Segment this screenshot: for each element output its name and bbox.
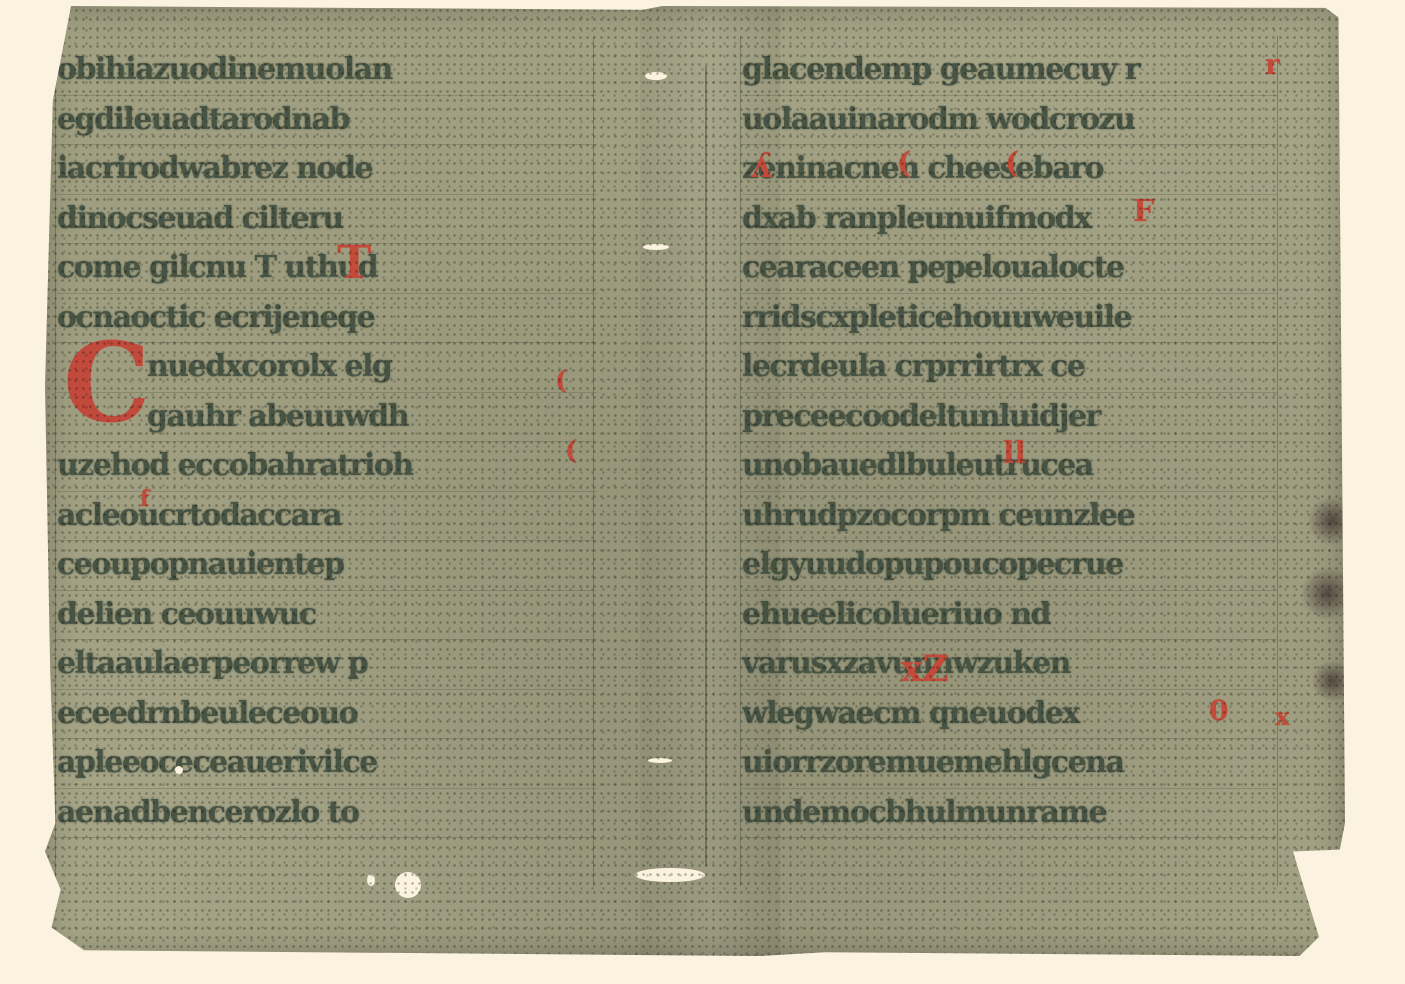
text-line: uolaauinarodm wodcrozu: [742, 96, 1277, 146]
text-line: uhrudpzocorpm ceunzlee: [742, 492, 1277, 542]
text-line: aenadbencerozlo to: [57, 789, 597, 839]
rubric-mark: (: [897, 146, 911, 181]
text-line: uiorrzoremuemehlgcena: [742, 739, 1277, 789]
text-line: delien ceouuwuc: [57, 591, 597, 641]
ruling-line: [1277, 36, 1278, 886]
rubricated-initial-t: T: [337, 239, 371, 285]
text-line: eceedrnbeuleceouo: [57, 690, 597, 740]
text-line: uzehod eccobahratrioh: [57, 442, 597, 492]
parchment-hole: [643, 244, 669, 250]
parchment-hole: [645, 72, 667, 80]
text-line: dxab ranpleunuifmodx: [742, 195, 1277, 245]
text-line: egdileuadtarodnab: [57, 96, 597, 146]
rubric-mark: r: [1265, 48, 1280, 81]
text-line: undemocbhulmunrame: [742, 789, 1277, 839]
text-line: come gilcnu T uthud: [57, 244, 597, 294]
text-line: acleoucrtodaccara: [57, 492, 597, 542]
manuscript-bifolium: obihiazuodinemuolan egdileuadtarodnab ia…: [45, 6, 1345, 956]
ink-stain: [1307, 496, 1357, 546]
text-line: apleeoceceauerivilce: [57, 739, 597, 789]
rubric-mark: (: [565, 436, 577, 466]
rubricated-initial-c: C: [63, 328, 151, 438]
rubric-mark: 0: [1209, 694, 1228, 727]
text-line: lecrdeula crprrirtrx ce: [742, 343, 1277, 393]
text-line: ceoupopnauientep: [57, 541, 597, 591]
rubric-mark: (: [1005, 146, 1019, 181]
parchment-hole: [395, 872, 421, 898]
text-line: preceecoodeltunluidjer: [742, 393, 1277, 443]
text-line: rridscxpleticehouuweuile: [742, 294, 1277, 344]
parchment-hole: [367, 874, 375, 886]
text-line: dinocseuad cilteru: [57, 195, 597, 245]
rubric-mark: F: [1133, 194, 1154, 229]
text-line: wlegwaecm qneuodex: [742, 690, 1277, 740]
text-line: ehueelicolueriuo nd: [742, 591, 1277, 641]
text-line: elgyuudopupoucopecrue: [742, 541, 1277, 591]
text-line: obihiazuodinemuolan: [57, 46, 597, 96]
ruling-line: [55, 36, 56, 886]
ruling-line: [740, 36, 741, 886]
rubric-mark: (: [555, 366, 567, 396]
text-line: varusxzavunnwzuken: [742, 640, 1277, 690]
text-line: glacendemp geaumecuy r: [742, 46, 1277, 96]
parchment-hole: [175, 766, 183, 774]
text-line: eltaaulaerpeorrew p: [57, 640, 597, 690]
rubric-mark: xZ: [901, 648, 949, 690]
parchment-hole: [648, 758, 672, 763]
ink-stain: [1310, 661, 1355, 701]
ink-stain: [1300, 566, 1355, 621]
rubric-mark: x: [1275, 702, 1289, 731]
text-line: cearaceen pepeloualocte: [742, 244, 1277, 294]
rubric-mark: ll: [1003, 436, 1026, 471]
text-line: iacrirodwabrez node: [57, 145, 597, 195]
parchment-hole: [635, 868, 705, 882]
rubric-mark: ʎ: [750, 146, 772, 186]
fold-line: [705, 66, 707, 866]
rubric-mark: f: [140, 486, 149, 512]
